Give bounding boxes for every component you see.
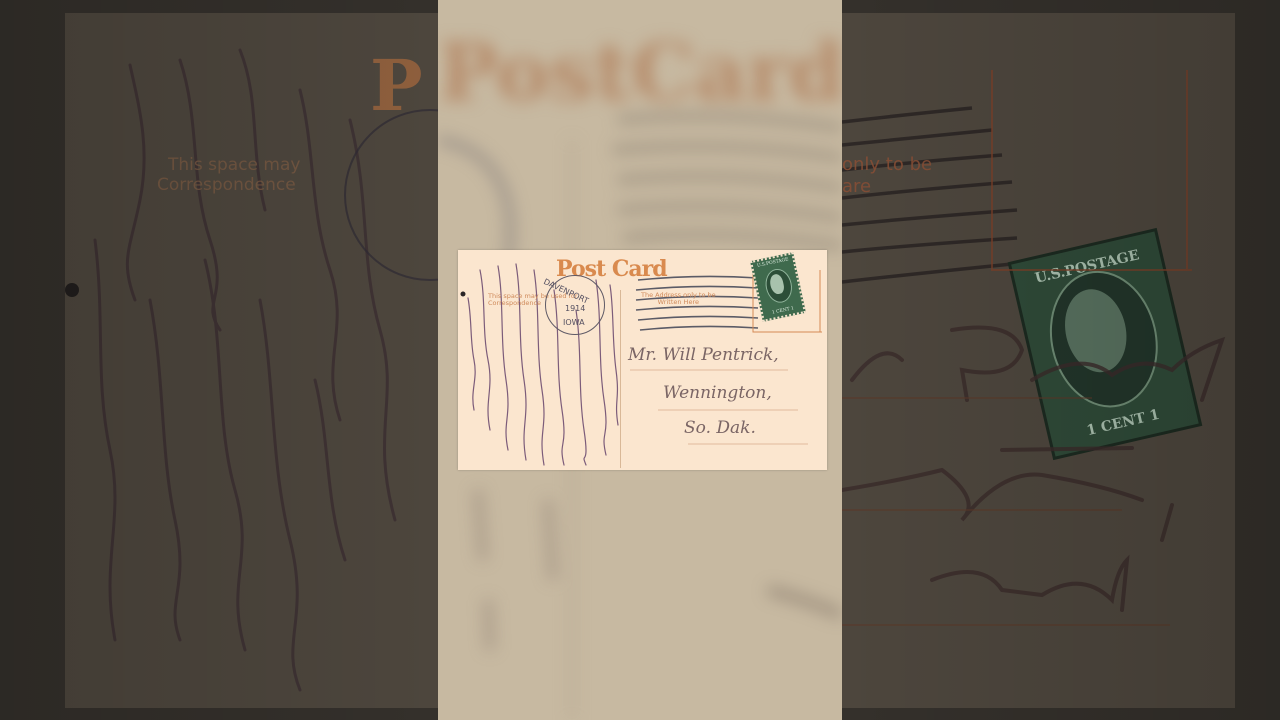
postmark-state: IOWA [563,318,585,327]
address-line-2: Wennington, [663,383,772,403]
background-title-fragment: P [370,44,423,127]
svg-text:PostCard: PostCard [438,25,842,119]
address-line-3: So. Dak. [684,418,756,438]
stamp-top-label: U.S.POSTAGE [755,257,791,269]
background-correspondence-note: This space may [167,155,300,175]
background-correspondence-note-2: Correspondence [157,175,296,195]
card-divider [620,290,621,468]
background-zoom-right: only to be are U.S.POSTAGE 1 CENT 1 [842,0,1280,720]
background-address-note: only to be [842,154,932,175]
background-details-right: only to be are U.S.POSTAGE 1 CENT 1 [842,0,1280,720]
background-handwriting-left: This space may Correspondence P [0,0,438,720]
postmark-year: 1914 [565,304,585,313]
address-note: The Address only to be Written Here [641,292,716,306]
address-line-1: Mr. Will Pentrick, [628,345,779,365]
background-address-note-2: are [842,176,871,197]
postcard-image: Post Card This space may be used for Cor… [458,250,827,470]
background-zoom-left: This space may Correspondence P [0,0,438,720]
address-note-line-2: Written Here [641,299,716,306]
